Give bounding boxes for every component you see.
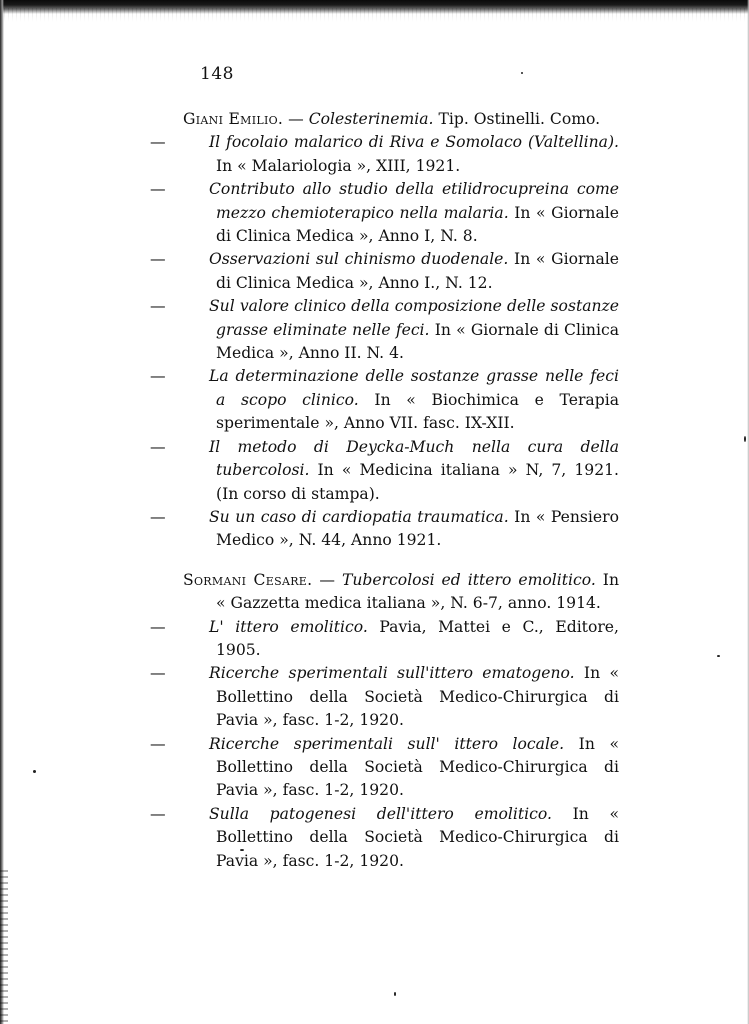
bib-entry: —Il focolaio malarico di Riva e Somolaco… (183, 131, 619, 178)
scan-speck (744, 436, 746, 442)
page-number: 148 (200, 64, 234, 84)
bib-entry: —Osservazioni sul chinismo duodenale. In… (183, 248, 619, 295)
bib-entry: Giani Emilio. — Colesterinemia. Tip. Ost… (183, 108, 619, 131)
entry-title: Tubercolosi ed ittero emolitico. (342, 571, 596, 589)
author-block-sormani: Sormani Cesare. — Tubercolosi ed ittero … (183, 569, 619, 873)
scan-speck (717, 655, 720, 657)
scan-top-edge-noise (0, 8, 749, 22)
entry-title: Il focolaio malarico di Riva e Somolaco … (209, 133, 619, 151)
author-block-giani: Giani Emilio. — Colesterinemia. Tip. Ost… (183, 108, 619, 553)
entry-title: Ricerche sperimentali sull' ittero local… (209, 735, 564, 753)
entry-dash: — (183, 662, 209, 685)
scan-left-edge-noise (0, 870, 8, 1024)
bib-entry: —L' ittero emolitico. Pavia, Mattei e C.… (183, 616, 619, 663)
entry-title: Sulla patogenesi dell'ittero emolitico. (209, 805, 552, 823)
bib-entry: —Su un caso di cardiopatia traumatica. I… (183, 506, 619, 553)
entry-dash: — (183, 248, 209, 271)
bib-entry: Sormani Cesare. — Tubercolosi ed ittero … (183, 569, 619, 616)
bibliography: Giani Emilio. — Colesterinemia. Tip. Ost… (183, 108, 619, 889)
bib-entry: —Sulla patogenesi dell'ittero emolitico.… (183, 803, 619, 873)
entry-title: Colesterinemia. (309, 110, 434, 128)
entry-dash: — (183, 616, 209, 639)
entry-dash: — (183, 506, 209, 529)
entry-title: Osservazioni sul chinismo duodenale. (209, 250, 508, 268)
entry-details: Tip. Ostinelli. Como. (434, 110, 601, 128)
bib-entry: —Sul valore clinico della composizione d… (183, 295, 619, 365)
entry-dash: — (183, 365, 209, 388)
author-name: Sormani Cesare. (183, 571, 312, 589)
entry-dash: — (183, 131, 209, 154)
entry-dash: — (183, 295, 209, 318)
entry-title: L' ittero emolitico. (209, 618, 368, 636)
bib-entry: —Il metodo di Deycka-Much nella cura del… (183, 436, 619, 506)
scan-speck (394, 992, 396, 996)
bib-entry: —Contributo allo studio della etilidrocu… (183, 178, 619, 248)
entry-details: In « Malariologia », XIII, 1921. (216, 157, 460, 175)
scan-speck (33, 770, 36, 773)
scan-speck (521, 72, 523, 74)
author-name: Giani Emilio. (183, 110, 283, 128)
scan-speck (240, 849, 244, 851)
bib-entry: —La determinazione delle sostanze grasse… (183, 365, 619, 435)
entry-dash: — (183, 803, 209, 826)
entry-dash: — (183, 436, 209, 459)
entry-title: Su un caso di cardiopatia traumatica. (209, 508, 509, 526)
entry-dash: — (183, 178, 209, 201)
entry-title: Ricerche sperimentali sull'ittero ematog… (209, 664, 575, 682)
bib-entry: —Ricerche sperimentali sull'ittero emato… (183, 662, 619, 732)
bib-entry: —Ricerche sperimentali sull' ittero loca… (183, 733, 619, 803)
entry-dash: — (183, 733, 209, 756)
